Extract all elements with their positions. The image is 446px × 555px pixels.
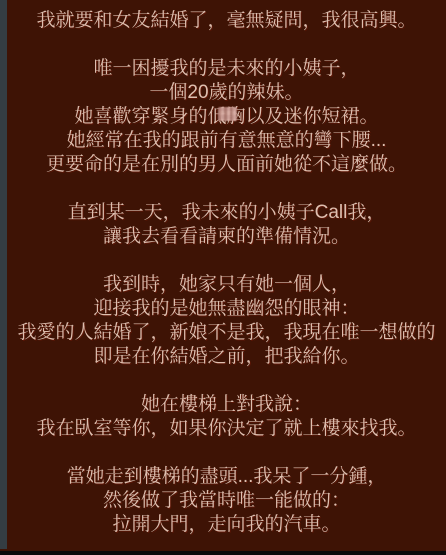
story-line: 她在樓梯上對我說： [7,393,446,417]
window-bottom-strip [0,551,446,555]
censored-word: 胸 [226,105,245,129]
story-line: 她經常在我的跟前有意無意的彎下腰... [7,129,446,153]
story-line: 我到時，她家只有她一個人， [7,273,446,297]
story-line: 迎接我的是她無盡幽怨的眼神： [7,297,446,321]
story-line: 唯一困擾我的是未來的小姨子， [7,57,446,81]
story-line: 一個20歲的辣妹。 [7,81,446,105]
blank-line [7,249,446,273]
blank-line [7,33,446,57]
censored-line-before: 她喜歡穿緊身的低 [74,106,226,127]
story-line: 然後做了我當時唯一能做的： [7,489,446,513]
story-line: 拉開大門，走向我的汽車。 [7,513,446,537]
story-line: 直到某一天，我未來的小姨子Call我， [7,201,446,225]
story-line: 我愛的人結婚了，新娘不是我，我現在唯一想做的 [7,321,446,345]
censor-blur-patch [218,107,237,121]
story-line: 我就要和女友結婚了，毫無疑問，我很高興。 [7,9,446,33]
blank-line [7,369,446,393]
story-line-censored: 她喜歡穿緊身的低胸以及迷你短裙。 [7,105,446,129]
window-edge-strip [0,0,7,549]
story-line: 我在臥室等你，如果你決定了就上樓來找我。 [7,417,446,441]
blank-line [7,441,446,465]
story-line: 讓我去看看請柬的準備情況。 [7,225,446,249]
blank-line [7,177,446,201]
story-line: 更要命的是在別的男人面前她從不這麼做。 [7,153,446,177]
story-line: 當她走到樓梯的盡頭...我呆了一分鍾， [7,465,446,489]
story-line: 即是在你結婚之前，把我給你。 [7,345,446,369]
censored-line-after: 以及迷你短裙。 [246,106,379,127]
story-text: 我就要和女友結婚了，毫無疑問，我很高興。 唯一困擾我的是未來的小姨子， 一個20… [7,9,446,537]
